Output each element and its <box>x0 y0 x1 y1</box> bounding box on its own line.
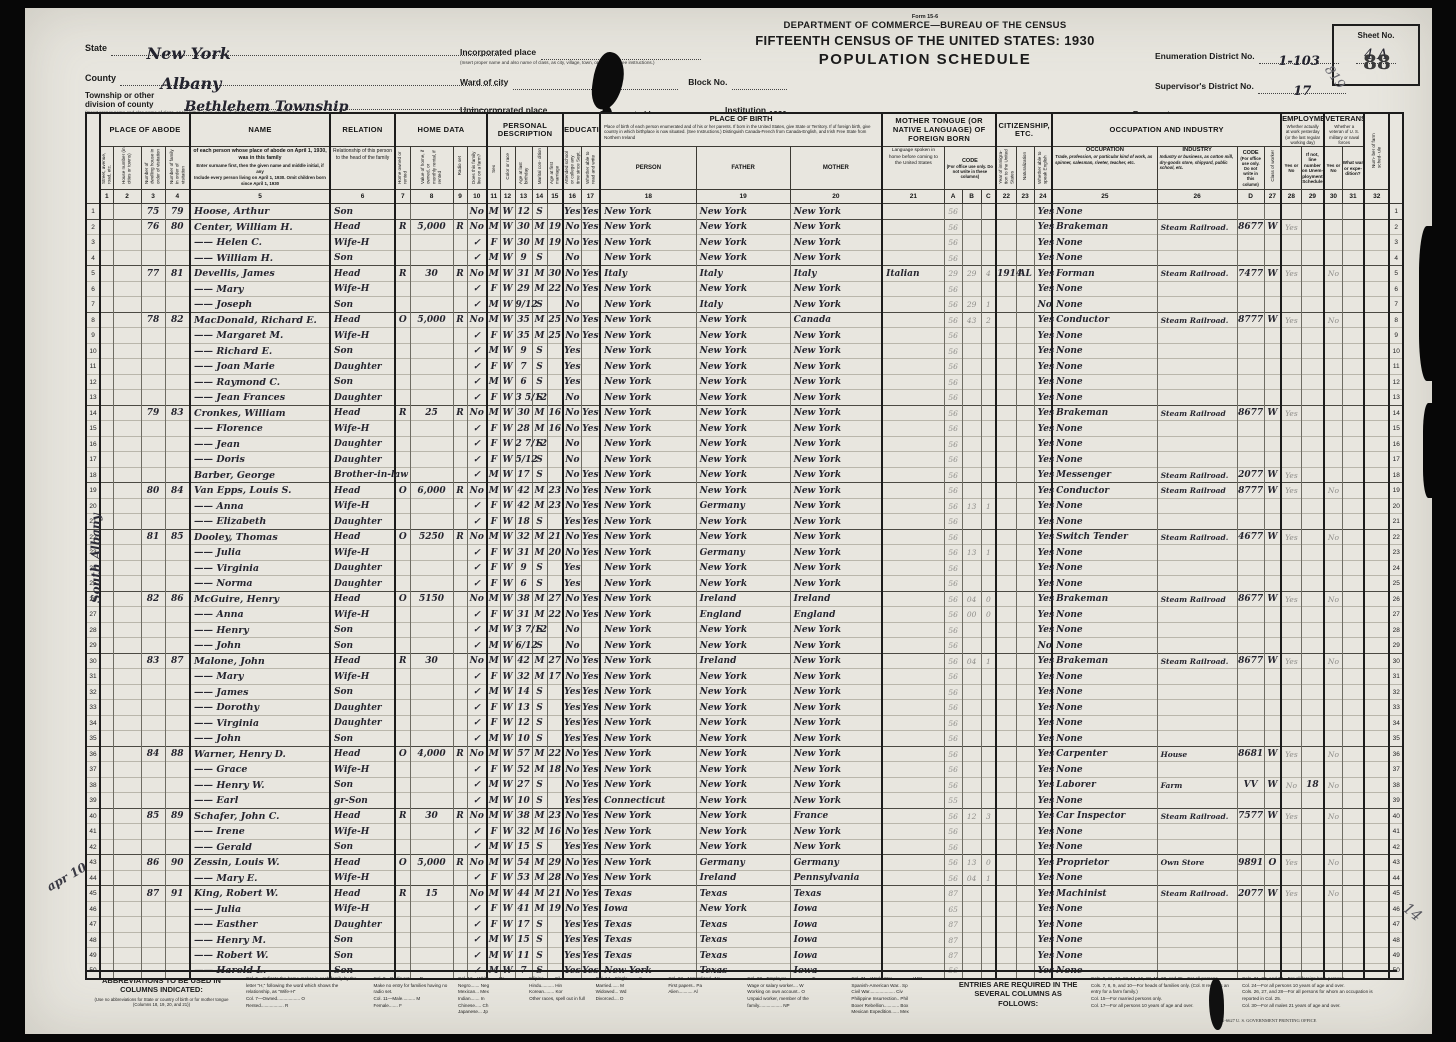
cell-veteran: No <box>1324 777 1342 793</box>
cell-house-number <box>113 390 141 406</box>
cell-radio <box>453 669 467 685</box>
cell-age: 30 <box>515 235 532 251</box>
cell-occupation: None <box>1052 421 1157 437</box>
group-education: EDUCATION <box>563 113 600 147</box>
cell-home-owned <box>395 901 410 917</box>
cell-dwelling-number <box>141 715 165 731</box>
row-line-number-right: 17 <box>1389 452 1403 468</box>
cell-immigration-year <box>996 669 1016 685</box>
cell-age-marriage: 25 <box>547 328 563 344</box>
sheet-label: Sheet No. <box>1334 31 1418 40</box>
cell-school: Yes <box>563 932 581 948</box>
cell-street <box>100 297 113 313</box>
cell-age-marriage: 22 <box>547 607 563 623</box>
cell-immigration-year <box>996 607 1016 623</box>
table-row: 25 —— Norma Daughter ✓ F W 6 S Yes New Y… <box>86 576 1403 592</box>
cell-school: No <box>563 762 581 778</box>
cell-speak-english: Yes <box>1034 591 1052 607</box>
cell-marital: S <box>532 932 547 948</box>
cell-immigration-year <box>996 250 1016 266</box>
cell-home-value: 30 <box>410 266 453 282</box>
cell-relation: Son <box>330 204 395 220</box>
cell-school: No <box>563 328 581 344</box>
cell-industry: Steam Railroad <box>1157 483 1237 499</box>
cell-house-number <box>113 932 141 948</box>
cell-class-of-worker <box>1264 250 1281 266</box>
cell-dwelling-number <box>141 870 165 886</box>
cell-immigration-year <box>996 684 1016 700</box>
cell-code-c <box>981 638 996 654</box>
cell-farm-schedule <box>1364 932 1389 948</box>
cell-immigration-year <box>996 374 1016 390</box>
cell-marital: M <box>532 281 547 297</box>
state-value: New York <box>146 44 230 63</box>
cell-age: 38 <box>515 591 532 607</box>
cell-worked-yesterday <box>1281 684 1301 700</box>
cell-name: —— William H. <box>190 250 330 266</box>
cell-language <box>882 932 944 948</box>
cell-class-of-worker <box>1264 359 1281 375</box>
cell-class-of-worker: W <box>1264 529 1281 545</box>
cell-street <box>100 762 113 778</box>
cell-race: W <box>500 514 515 530</box>
cell-speak-english: Yes <box>1034 777 1052 793</box>
cell-code-b <box>962 839 981 855</box>
cell-farm: ✓ <box>467 917 487 933</box>
cell-occ-code <box>1237 560 1264 576</box>
cell-race: W <box>500 917 515 933</box>
cell-code-b: 04 <box>962 870 981 886</box>
cell-marital: M <box>532 529 547 545</box>
cell-war <box>1342 405 1364 421</box>
cell-radio <box>453 204 467 220</box>
cell-worked-yesterday <box>1281 932 1301 948</box>
cell-street <box>100 250 113 266</box>
cell-read-write: Yes <box>581 312 600 328</box>
cell-immigration-year <box>996 405 1016 421</box>
col-header-employment-line: If not, line number on Unem- ployment Sc… <box>1301 147 1324 190</box>
col-header-name-description: of each person whose place of abode on A… <box>190 147 330 190</box>
cell-age-marriage: 21 <box>547 529 563 545</box>
cell-birthplace-father: Italy <box>696 297 790 313</box>
cell-street <box>100 932 113 948</box>
cell-radio <box>453 452 467 468</box>
cell-sex: F <box>487 576 500 592</box>
cell-race: W <box>500 219 515 235</box>
cell-sex: M <box>487 808 500 824</box>
cell-radio: R <box>453 808 467 824</box>
row-line-number-left: 37 <box>86 762 100 778</box>
cell-read-write <box>581 359 600 375</box>
cell-farm-schedule <box>1364 576 1389 592</box>
cell-occupation: None <box>1052 436 1157 452</box>
cell-language <box>882 746 944 762</box>
cell-house-number <box>113 312 141 328</box>
ed-value: 1-103 <box>1278 54 1320 69</box>
cell-relation: Daughter <box>330 452 395 468</box>
cell-worked-yesterday <box>1281 281 1301 297</box>
cell-sex: F <box>487 762 500 778</box>
cell-dwelling-number: 76 <box>141 219 165 235</box>
cell-farm: ✓ <box>467 793 487 809</box>
cell-birthplace-mother: New York <box>790 824 882 840</box>
cell-farm: ✓ <box>467 467 487 483</box>
cell-veteran <box>1324 328 1342 344</box>
cell-home-value <box>410 715 453 731</box>
cell-age: 32 <box>515 669 532 685</box>
cell-farm-schedule <box>1364 839 1389 855</box>
cell-worked-yesterday <box>1281 715 1301 731</box>
cell-industry <box>1157 359 1237 375</box>
cell-sex: M <box>487 467 500 483</box>
cell-birthplace-person: New York <box>600 498 696 514</box>
veterans-description: Whether a veteran of U. S. military or n… <box>1325 123 1363 146</box>
cell-naturalization <box>1016 855 1034 871</box>
cell-race: W <box>500 250 515 266</box>
cell-sex: F <box>487 669 500 685</box>
cell-age-marriage <box>547 731 563 747</box>
cell-family-number: 87 <box>165 653 190 669</box>
cell-occupation: Messenger <box>1052 467 1157 483</box>
cell-home-owned: O <box>395 312 410 328</box>
row-line-number-left: 42 <box>86 839 100 855</box>
cell-school: No <box>563 250 581 266</box>
cell-immigration-year <box>996 917 1016 933</box>
cell-school: Yes <box>563 700 581 716</box>
cell-occupation: None <box>1052 235 1157 251</box>
row-line-number-left: 10 <box>86 343 100 359</box>
cell-war <box>1342 746 1364 762</box>
cell-home-owned <box>395 824 410 840</box>
cell-house-number <box>113 700 141 716</box>
cell-birthplace-person: New York <box>600 560 696 576</box>
cell-age: 6/12 <box>515 638 532 654</box>
cell-unemployment-line <box>1301 467 1324 483</box>
cell-occ-code: 7477 <box>1237 266 1264 282</box>
cell-name: —— Mary <box>190 669 330 685</box>
cell-industry <box>1157 576 1237 592</box>
footer-col6-block: Col. 6—Indicate the home-maker in each f… <box>246 976 364 1009</box>
cell-speak-english: Yes <box>1034 700 1052 716</box>
cell-sex: M <box>487 343 500 359</box>
cell-class-of-worker <box>1264 374 1281 390</box>
cell-home-value <box>410 576 453 592</box>
cell-birthplace-person: New York <box>600 204 696 220</box>
col-header-farm: Does this family live on a farm? <box>467 147 487 190</box>
cell-sex: M <box>487 855 500 871</box>
cell-birthplace-person: New York <box>600 328 696 344</box>
col-header-street: Street, avenue, road, etc. <box>100 147 113 190</box>
cell-school: Yes <box>563 715 581 731</box>
group-mother-tongue: MOTHER TONGUE (OR NATIVE LANGUAGE) OF FO… <box>882 113 996 147</box>
cell-occ-code <box>1237 576 1264 592</box>
cell-code-a: 56 <box>944 560 962 576</box>
cell-naturalization <box>1016 312 1034 328</box>
row-line-number-left: 5 <box>86 266 100 282</box>
cell-industry <box>1157 700 1237 716</box>
cell-age: 32 <box>515 824 532 840</box>
cell-veteran <box>1324 421 1342 437</box>
cell-family-number <box>165 498 190 514</box>
cell-farm: ✓ <box>467 607 487 623</box>
cell-dwelling-number <box>141 436 165 452</box>
cell-language <box>882 762 944 778</box>
cell-immigration-year <box>996 483 1016 499</box>
cell-school: No <box>563 638 581 654</box>
cell-class-of-worker: W <box>1264 312 1281 328</box>
cell-farm-schedule <box>1364 560 1389 576</box>
cell-birthplace-mother: New York <box>790 219 882 235</box>
cell-farm-schedule <box>1364 653 1389 669</box>
cell-unemployment-line <box>1301 374 1324 390</box>
cell-school: No <box>563 545 581 561</box>
cell-home-owned <box>395 560 410 576</box>
cell-sex: M <box>487 948 500 964</box>
cell-relation: Son <box>330 638 395 654</box>
cell-family-number <box>165 250 190 266</box>
cell-code-c <box>981 917 996 933</box>
cell-code-c <box>981 731 996 747</box>
cell-school: Yes <box>563 793 581 809</box>
cell-veteran <box>1324 948 1342 964</box>
cell-street <box>100 235 113 251</box>
cell-sex: M <box>487 777 500 793</box>
cell-dwelling-number <box>141 328 165 344</box>
cell-age-marriage <box>547 839 563 855</box>
cell-immigration-year <box>996 514 1016 530</box>
cell-age-marriage <box>547 297 563 313</box>
cell-war <box>1342 855 1364 871</box>
cell-street <box>100 359 113 375</box>
cell-dwelling-number <box>141 622 165 638</box>
cell-occ-code <box>1237 297 1264 313</box>
cell-age-marriage: 22 <box>547 281 563 297</box>
cell-relation: Daughter <box>330 576 395 592</box>
cell-sex: F <box>487 359 500 375</box>
cell-read-write: Yes <box>581 700 600 716</box>
cell-speak-english: Yes <box>1034 607 1052 623</box>
cell-farm-schedule <box>1364 421 1389 437</box>
cell-class-of-worker: W <box>1264 467 1281 483</box>
cell-war <box>1342 824 1364 840</box>
state-line: State New York <box>85 38 501 56</box>
table-row: 35 —— John Son ✓ M W 10 S Yes Yes New Yo… <box>86 731 1403 747</box>
row-line-number-right: 38 <box>1389 777 1403 793</box>
cell-birthplace-mother: New York <box>790 483 882 499</box>
cell-code-b <box>962 886 981 902</box>
sd-value: 17 <box>1293 84 1311 99</box>
cell-class-of-worker <box>1264 700 1281 716</box>
cell-veteran: No <box>1324 312 1342 328</box>
cell-birthplace-person: New York <box>600 374 696 390</box>
cell-street <box>100 266 113 282</box>
cell-radio <box>453 700 467 716</box>
cell-code-a: 56 <box>944 855 962 871</box>
cell-occ-code: 8677 <box>1237 591 1264 607</box>
cell-birthplace-mother: New York <box>790 545 882 561</box>
cell-immigration-year <box>996 901 1016 917</box>
cell-immigration-year <box>996 390 1016 406</box>
cell-age-marriage <box>547 250 563 266</box>
cell-birthplace-person: New York <box>600 653 696 669</box>
cell-house-number <box>113 250 141 266</box>
cell-unemployment-line <box>1301 932 1324 948</box>
cell-birthplace-father: New York <box>696 281 790 297</box>
cell-sex: F <box>487 452 500 468</box>
col-header-home-value: Value of home, if owned, or monthly rent… <box>410 147 453 190</box>
cell-farm: ✓ <box>467 777 487 793</box>
cell-birthplace-father: Ireland <box>696 591 790 607</box>
cell-naturalization <box>1016 746 1034 762</box>
col-header-naturalization: Naturalization <box>1016 147 1034 190</box>
cell-birthplace-person: New York <box>600 591 696 607</box>
cell-war <box>1342 622 1364 638</box>
cell-veteran <box>1324 870 1342 886</box>
cell-name: —— Anna <box>190 498 330 514</box>
cell-code-a: 56 <box>944 700 962 716</box>
cell-read-write: Yes <box>581 328 600 344</box>
cell-family-number <box>165 374 190 390</box>
cell-street <box>100 948 113 964</box>
cell-marital: M <box>532 328 547 344</box>
cell-occ-code: 7577 <box>1237 808 1264 824</box>
cell-age-marriage: 17 <box>547 669 563 685</box>
cell-home-value <box>410 777 453 793</box>
row-line-number-right: 42 <box>1389 839 1403 855</box>
group-personal-description: PERSONAL DESCRIPTION <box>487 113 563 147</box>
cell-code-a: 56 <box>944 638 962 654</box>
cell-family-number <box>165 870 190 886</box>
cell-code-c <box>981 405 996 421</box>
cell-family-number <box>165 467 190 483</box>
cell-naturalization <box>1016 529 1034 545</box>
cell-radio: R <box>453 405 467 421</box>
cell-home-value <box>410 669 453 685</box>
cell-class-of-worker <box>1264 715 1281 731</box>
employment-description: Whether actually at work yesterday (or t… <box>1282 123 1323 146</box>
cell-code-c <box>981 514 996 530</box>
table-row: 34 —— Virginia Daughter ✓ F W 12 S Yes Y… <box>86 715 1403 731</box>
cell-worked-yesterday: Yes <box>1281 855 1301 871</box>
cell-birthplace-person: Connecticut <box>600 793 696 809</box>
cell-occ-code <box>1237 328 1264 344</box>
cell-industry <box>1157 498 1237 514</box>
cell-language <box>882 467 944 483</box>
cell-war <box>1342 715 1364 731</box>
cell-family-number <box>165 421 190 437</box>
cell-house-number <box>113 777 141 793</box>
cell-code-b: 13 <box>962 545 981 561</box>
cell-birthplace-mother: New York <box>790 839 882 855</box>
cell-occ-code <box>1237 793 1264 809</box>
cell-class-of-worker: W <box>1264 777 1281 793</box>
cell-name: —— John <box>190 638 330 654</box>
cell-veteran <box>1324 793 1342 809</box>
cell-immigration-year <box>996 560 1016 576</box>
cell-code-a: 56 <box>944 576 962 592</box>
cell-class-of-worker <box>1264 824 1281 840</box>
row-line-number-right: 23 <box>1389 545 1403 561</box>
cell-veteran <box>1324 731 1342 747</box>
cell-read-write: Yes <box>581 405 600 421</box>
cell-war <box>1342 281 1364 297</box>
cell-industry: Own Store <box>1157 855 1237 871</box>
cell-home-value <box>410 731 453 747</box>
cell-farm: ✓ <box>467 870 487 886</box>
cell-war <box>1342 204 1364 220</box>
cell-language <box>882 948 944 964</box>
cell-industry <box>1157 374 1237 390</box>
cell-immigration-year <box>996 576 1016 592</box>
cell-farm: ✓ <box>467 669 487 685</box>
cell-dwelling-number <box>141 917 165 933</box>
cell-code-b <box>962 374 981 390</box>
cell-language <box>882 343 944 359</box>
cell-relation: Daughter <box>330 700 395 716</box>
cell-name: —— Richard E. <box>190 343 330 359</box>
cell-code-a: 56 <box>944 250 962 266</box>
cell-veteran <box>1324 204 1342 220</box>
cell-radio <box>453 235 467 251</box>
cell-war <box>1342 870 1364 886</box>
cell-code-a: 56 <box>944 715 962 731</box>
cell-naturalization <box>1016 235 1034 251</box>
cell-house-number <box>113 576 141 592</box>
cell-school: No <box>563 483 581 499</box>
cell-code-b <box>962 219 981 235</box>
cell-war <box>1342 297 1364 313</box>
cell-code-c <box>981 622 996 638</box>
cell-unemployment-line <box>1301 498 1324 514</box>
table-row: 16 —— Jean Daughter ✓ F W 2 7/12 S No Ne… <box>86 436 1403 452</box>
cell-family-number <box>165 452 190 468</box>
cell-worked-yesterday <box>1281 700 1301 716</box>
cell-worked-yesterday <box>1281 793 1301 809</box>
cell-home-owned: O <box>395 483 410 499</box>
cell-birthplace-mother: New York <box>790 669 882 685</box>
cell-house-number <box>113 483 141 499</box>
cell-birthplace-father: New York <box>696 793 790 809</box>
cell-name: Barber, George <box>190 467 330 483</box>
cell-family-number <box>165 917 190 933</box>
cell-speak-english: Yes <box>1034 684 1052 700</box>
cell-birthplace-person: New York <box>600 545 696 561</box>
cell-war <box>1342 514 1364 530</box>
cell-home-owned <box>395 374 410 390</box>
cell-occupation: None <box>1052 452 1157 468</box>
cell-radio <box>453 545 467 561</box>
cell-age: 2 7/12 <box>515 436 532 452</box>
cell-immigration-year <box>996 731 1016 747</box>
cell-war <box>1342 266 1364 282</box>
cell-home-value <box>410 607 453 623</box>
cell-immigration-year <box>996 421 1016 437</box>
cell-farm: No <box>467 266 487 282</box>
cell-farm: ✓ <box>467 731 487 747</box>
cell-sex: M <box>487 793 500 809</box>
footer-col31-block: Col. 31—World War................ WWSpan… <box>851 976 945 1016</box>
cell-birthplace-mother: Iowa <box>790 948 882 964</box>
cell-unemployment-line <box>1301 560 1324 576</box>
cell-war <box>1342 436 1364 452</box>
cell-occ-code: 4677 <box>1237 529 1264 545</box>
cell-code-c <box>981 700 996 716</box>
cell-occupation: None <box>1052 917 1157 933</box>
cell-age: 6 <box>515 576 532 592</box>
cell-birthplace-father: New York <box>696 638 790 654</box>
cell-school: No <box>563 653 581 669</box>
cell-code-b: 13 <box>962 498 981 514</box>
